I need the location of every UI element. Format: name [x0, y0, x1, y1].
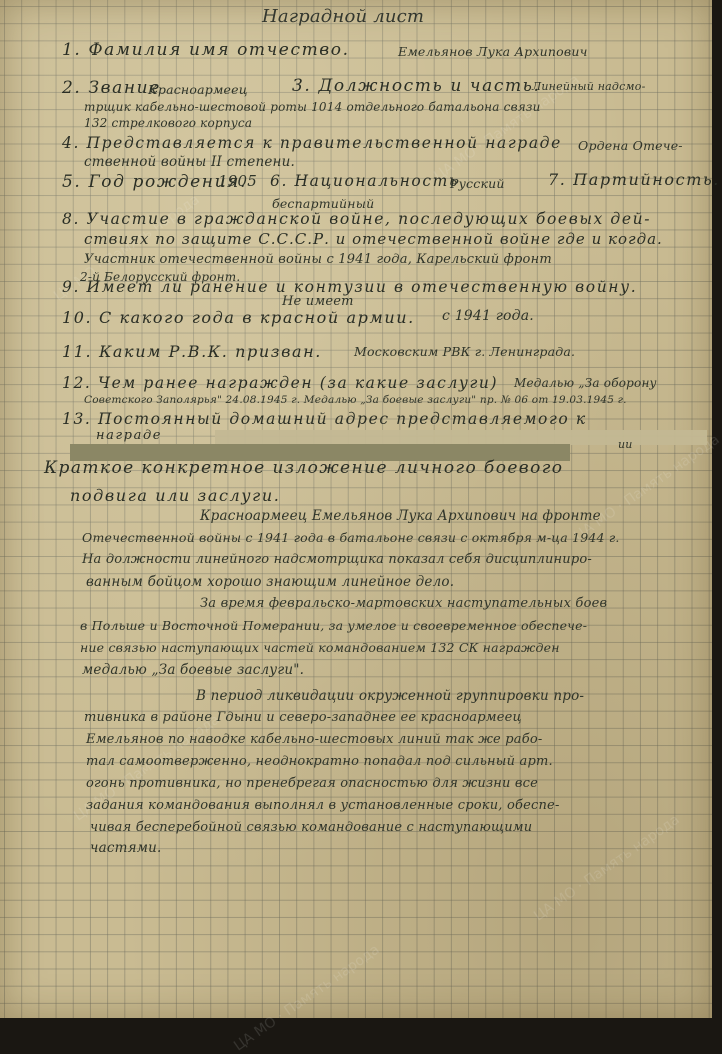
redaction-margin-mark: ии [618, 438, 633, 451]
field-12-value-cont: Советского Заполярья" 24.08.1945 г. Меда… [84, 394, 627, 406]
field-11-label: 11. Каким Р.В.К. призван. [62, 342, 322, 361]
field-3-value-cont: трщик кабельно-шестовой роты 1014 отдель… [84, 100, 541, 114]
watermark: ЦА МО · Память народа [231, 942, 383, 1024]
field-12-label: 12. Чем ранее награжден (за какие заслуг… [62, 374, 498, 392]
narrative-line: в Польше и Восточной Померании, за умело… [80, 618, 587, 633]
narrative-heading: Краткое конкретное изложение личного бое… [44, 458, 563, 478]
award-sheet: ЦА МО · Память народа ЦА МО · Память нар… [0, 0, 712, 1018]
narrative-line: частями. [90, 840, 162, 856]
field-8-label: 8. Участие в гражданской войне, последую… [62, 210, 651, 228]
redaction-bar [215, 430, 707, 445]
field-4-value-cont: ственной войны II степени. [84, 154, 295, 170]
field-7-label: 7. Партийность. [548, 170, 720, 189]
watermark: ЦА МО · Память народа [571, 432, 722, 545]
narrative-line: задания командования выполнял в установл… [86, 798, 560, 813]
narrative-line: Отечественной войны с 1941 года в баталь… [82, 530, 620, 545]
field-2-label: 2. Звание [62, 78, 161, 98]
narrative-line: За время февральско-мартовских наступате… [200, 596, 607, 611]
field-3-label: 3. Должность и часть. [292, 76, 541, 96]
field-13-label: 13. Постоянный домашний адрес представля… [62, 410, 587, 428]
narrative-line: огонь противника, но пренебрегая опаснос… [86, 776, 538, 791]
field-2-value: Красноармеец [148, 82, 248, 97]
field-12-value: Медалью „За оборону [514, 376, 657, 390]
narrative-line: На должности линейного надсмотрщика пока… [82, 552, 592, 567]
narrative-line: медалью „За боевые заслуги". [82, 662, 304, 678]
field-9-value: Не имеет [282, 294, 354, 309]
field-11-value: Московским РВК г. Ленинграда. [354, 344, 575, 359]
field-4-value: Ордена Отече- [578, 138, 683, 153]
narrative-line: ванным бойцом хорошо знающим линейное де… [86, 574, 454, 590]
field-8-label-cont: ствиях по защите С.С.С.Р. и отечественно… [84, 230, 663, 248]
watermark: ЦА МО · Память народа [531, 812, 683, 925]
field-10-value: с 1941 года. [442, 308, 534, 324]
narrative-line: Емельянов по наводке кабельно-шестовых л… [86, 732, 543, 747]
narrative-line: В период ликвидации окруженной группиров… [196, 688, 584, 704]
field-3-value: Линейный надсмо- [532, 80, 646, 93]
field-1-label: 1. Фамилия имя отчество. [62, 40, 350, 60]
field-7-value: беспартийный [272, 196, 374, 211]
field-3-value-cont2: 132 стрелкового корпуса [84, 116, 252, 130]
narrative-line: тивника в районе Гдыни и северо-западнее… [84, 710, 522, 725]
field-13-label-cont: награде [96, 428, 162, 443]
field-4-label: 4. Представляется к правительственной на… [62, 134, 562, 152]
narrative-heading-cont: подвига или заслуги. [70, 486, 280, 505]
narrative-line: Красноармеец Емельянов Лука Архипович на… [200, 508, 601, 524]
field-10-label: 10. С какого года в красной армии. [62, 308, 415, 327]
narrative-line: ние связью наступающих частей командован… [80, 640, 560, 655]
field-6-label: 6. Национальность [270, 172, 459, 190]
narrative-line: чивая бесперебойной связью командование … [90, 820, 532, 835]
narrative-line: тал самоотверженно, неоднократно попадал… [86, 754, 553, 769]
document-title: Наградной лист [262, 6, 424, 27]
field-8-value: Участник отечественной войны с 1941 года… [84, 252, 552, 267]
field-6-value: Русский [450, 176, 505, 191]
field-5-value: 1905 [218, 172, 257, 190]
field-1-value: Емельянов Лука Архипович [398, 44, 588, 59]
